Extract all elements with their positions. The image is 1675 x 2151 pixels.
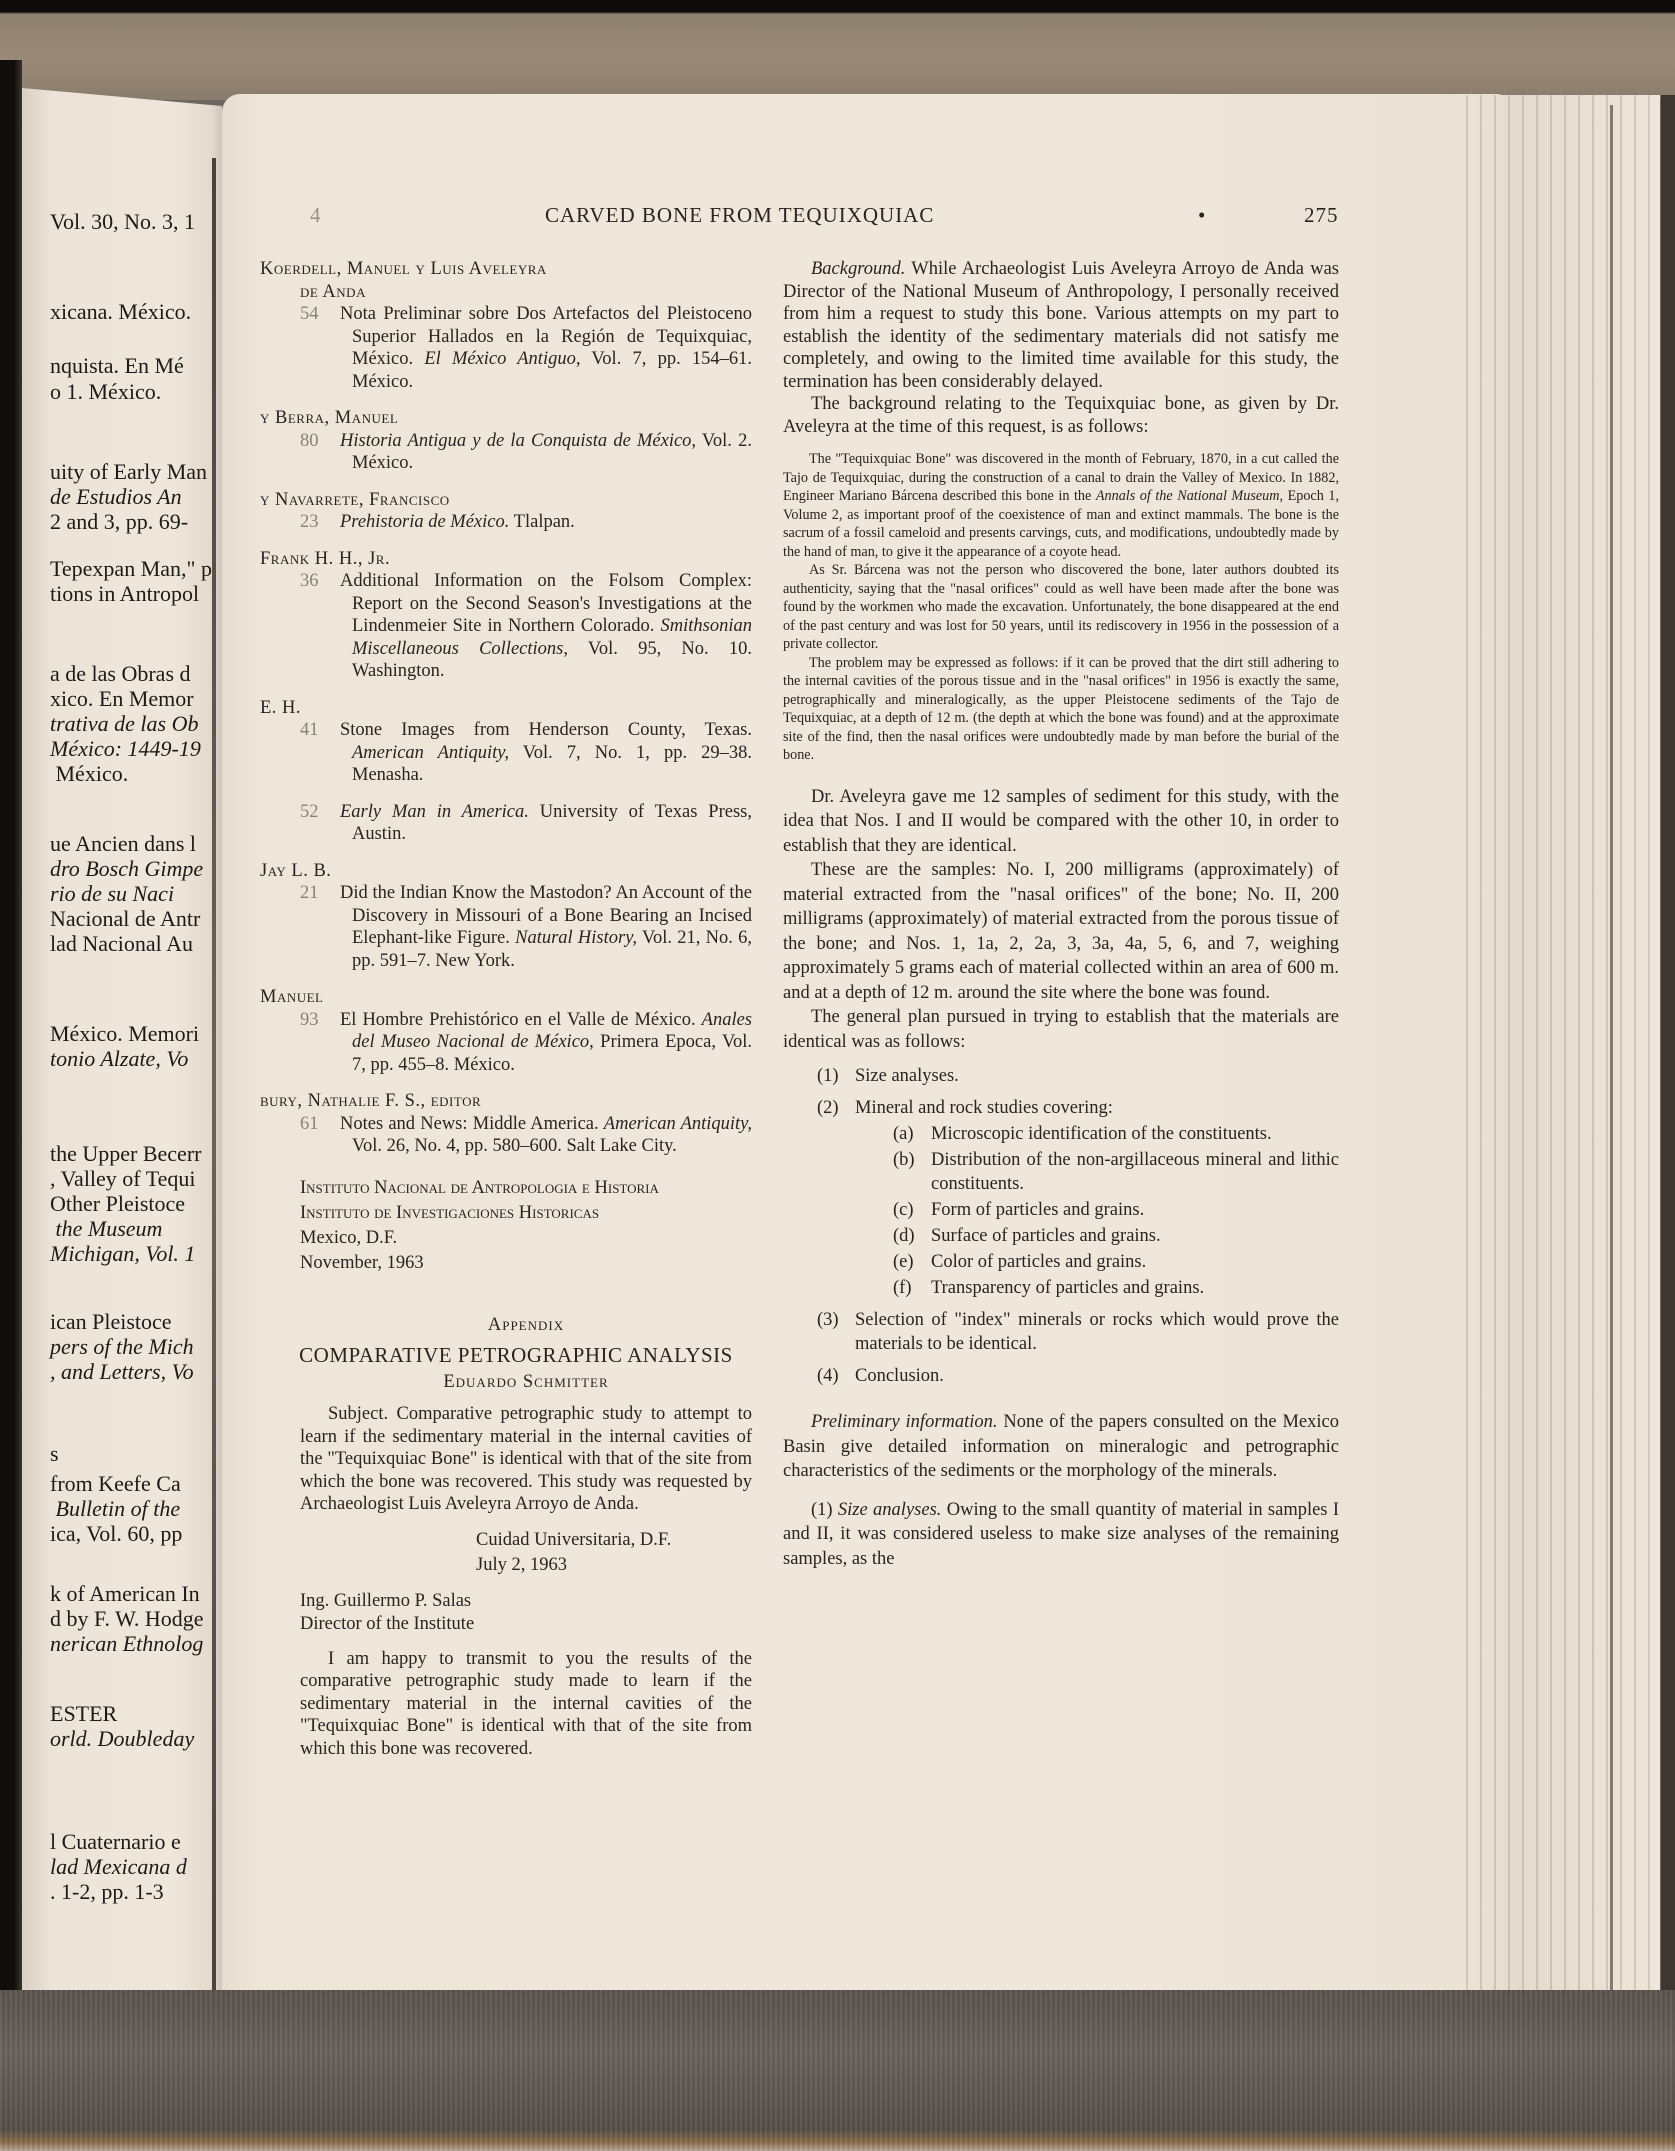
left-page-fragment: from Keefe Ca xyxy=(50,1470,181,1497)
plan-item: (4)Conclusion. xyxy=(817,1364,1339,1388)
left-page-fragment: d by F. W. Hodge xyxy=(50,1605,203,1632)
left-facing-page: Vol. 30, No. 3, 1xicana. México.nquista.… xyxy=(22,88,222,2048)
left-page-fragment: Tepexpan Man," p xyxy=(50,555,212,582)
plan-subitem: (b)Distribution of the non-argillaceous … xyxy=(893,1148,1339,1196)
left-page-fragment: tions in Antropol xyxy=(50,580,199,607)
plan-intro: The general plan pursued in trying to es… xyxy=(783,1005,1339,1054)
reference-author: y Berra, Manuel xyxy=(260,407,752,430)
reference-citation: 36Additional Information on the Folsom C… xyxy=(340,570,752,683)
reference-citation: 80Historia Antigua y de la Conquista de … xyxy=(340,430,752,475)
reference-entry: Manuel93El Hombre Prehistórico en el Val… xyxy=(300,986,752,1076)
left-page-fragment: nquista. En Mé xyxy=(50,352,184,379)
plan-subitem: (f)Transparency of particles and grains. xyxy=(893,1276,1339,1300)
reference-author: y Navarrete, Francisco xyxy=(260,489,752,512)
quote-paragraph-3: The problem may be expressed as follows:… xyxy=(783,654,1339,765)
reference-entry: Koerdell, Manuel y Luis Aveleyrade Anda5… xyxy=(300,258,752,393)
left-page-fragment: lad Mexicana d xyxy=(50,1853,187,1880)
letter-body: I am happy to transmit to you the result… xyxy=(300,1648,752,1761)
left-page-fragment: ESTER xyxy=(50,1700,117,1727)
plan-item: (3)Selection of "index" minerals or rock… xyxy=(817,1308,1339,1356)
reference-author: Frank H. H., Jr. xyxy=(260,548,752,571)
left-page-fragment: nerican Ethnolog xyxy=(50,1630,203,1657)
left-page-fragment: México. xyxy=(50,760,128,787)
reference-citation: 54Nota Preliminar sobre Dos Artefactos d… xyxy=(340,303,752,393)
left-page-fragment: ue Ancien dans l xyxy=(50,830,196,857)
size-label: Size analyses. xyxy=(838,1500,941,1520)
analysis-plan-list: (1)Size analyses.(2)Mineral and rock stu… xyxy=(783,1064,1339,1388)
left-page-fragment: México. Memori xyxy=(50,1020,199,1047)
reference-author: Koerdell, Manuel y Luis Aveleyrade Anda xyxy=(260,258,752,303)
letter-date: July 2, 1963 xyxy=(476,1553,752,1578)
reference-citation: 93El Hombre Prehistórico en el Valle de … xyxy=(340,1009,752,1077)
plan-subitem: (c)Form of particles and grains. xyxy=(893,1198,1339,1222)
reference-year: 61 xyxy=(300,1113,340,1136)
reference-entry: E. H.41Stone Images from Henderson Count… xyxy=(300,697,752,787)
appendix-author: Eduardo Schmitter xyxy=(300,1371,752,1394)
author-affiliation: Instituto Nacional de Antropologia e His… xyxy=(300,1176,752,1276)
reference-entry: 52Early Man in America. University of Te… xyxy=(300,801,752,846)
left-page-fragment: ica, Vol. 60, pp xyxy=(50,1520,182,1547)
book-gutter xyxy=(212,158,216,2038)
left-page-fragment: xico. En Memor xyxy=(50,685,194,712)
left-page-fragment: l Cuaternario e xyxy=(50,1828,181,1855)
reference-year: 52 xyxy=(300,801,340,824)
reference-citation: 21Did the Indian Know the Mastodon? An A… xyxy=(340,882,752,972)
addressee-title: Director of the Institute xyxy=(300,1613,752,1636)
left-page-fragment: rio de su Naci xyxy=(50,880,174,907)
plan-subitem: (a)Microscopic identification of the con… xyxy=(893,1122,1339,1146)
letter-dateline: Cuidad Universitaria, D.F. July 2, 1963 xyxy=(300,1528,752,1578)
references-list: Koerdell, Manuel y Luis Aveleyrade Anda5… xyxy=(300,258,752,1158)
reference-citation: 23Prehistoria de México. Tlalpan. xyxy=(340,511,752,534)
size-number: (1) xyxy=(811,1500,838,1520)
scanner-background-top xyxy=(0,0,1675,100)
subject-label: Subject. xyxy=(328,1404,388,1424)
reference-year: 93 xyxy=(300,1009,340,1032)
appendix-label: Appendix xyxy=(300,1314,752,1337)
affiliation-city: Mexico, D.F. xyxy=(300,1226,752,1251)
left-page-fragment: Other Pleistoce xyxy=(50,1190,185,1217)
left-page-fragment: 2 and 3, pp. 69- xyxy=(50,508,188,535)
left-page-fragment: s xyxy=(50,1440,59,1467)
left-page-fragment: , and Letters, Vo xyxy=(50,1358,194,1385)
background-paragraph: Background. While Archaeologist Luis Ave… xyxy=(783,258,1339,393)
scanner-background-right xyxy=(1661,95,1675,1995)
scanner-background-left xyxy=(0,60,22,2151)
left-page-fragment: trativa de las Ob xyxy=(50,710,199,737)
quote-italic: Annals of the National Museum, xyxy=(1096,488,1283,504)
plan-subitem: (d)Surface of particles and grains. xyxy=(893,1224,1339,1248)
reference-author: Jay L. B. xyxy=(260,860,752,883)
plan-subitem: (e)Color of particles and grains. xyxy=(893,1250,1339,1274)
reference-author: Manuel xyxy=(260,986,752,1009)
left-page-fragment: orld. Doubleday xyxy=(50,1725,194,1752)
left-page-fragment: the Museum xyxy=(50,1215,162,1242)
left-page-fragment: Bulletin of the xyxy=(50,1495,180,1522)
background-paragraph-2: The background relating to the Tequixqui… xyxy=(783,393,1339,438)
appendix-title: COMPARATIVE PETROGRAPHIC ANALYSIS xyxy=(280,1344,752,1367)
letter-addressee: Ing. Guillermo P. Salas Director of the … xyxy=(300,1590,752,1636)
appendix-subject: Subject. Comparative petrographic study … xyxy=(300,1403,752,1516)
left-page-fragment: xicana. México. xyxy=(50,298,191,325)
left-page-fragment: the Upper Becerr xyxy=(50,1140,201,1167)
left-page-fragment: pers of the Mich xyxy=(50,1333,194,1360)
reference-author: bury, Nathalie F. S., editor xyxy=(260,1090,752,1113)
scanner-background-bottom xyxy=(0,1990,1675,2151)
preliminary-label: Preliminary information. xyxy=(811,1412,998,1432)
addressee-name: Ing. Guillermo P. Salas xyxy=(300,1590,752,1613)
article-title: CARVED BONE FROM TEQUIXQUIAC xyxy=(545,203,934,227)
samples-paragraph-2: These are the samples: No. I, 200 millig… xyxy=(783,858,1339,1005)
reference-citation: 52Early Man in America. University of Te… xyxy=(340,801,752,846)
size-analyses-paragraph: (1) Size analyses. Owing to the small qu… xyxy=(783,1498,1339,1572)
left-page-fragment: , Valley of Tequi xyxy=(50,1165,196,1192)
right-page-edge xyxy=(1460,95,1660,2045)
affiliation-institute-2: Instituto de Investigaciones Historicas xyxy=(300,1201,752,1226)
left-page-fragment: o 1. México. xyxy=(50,378,161,405)
plan-item: (2)Mineral and rock studies covering:(a)… xyxy=(817,1096,1339,1300)
reference-year: 21 xyxy=(300,882,340,905)
left-page-fragment: lad Nacional Au xyxy=(50,930,193,957)
reference-citation: 61Notes and News: Middle America. Americ… xyxy=(340,1113,752,1158)
quote-paragraph-1: The "Tequixquiac Bone" was discovered in… xyxy=(783,450,1339,561)
left-page-fragment: uity of Early Man xyxy=(50,458,207,485)
running-head-title: CARVED BONE FROM TEQUIXQUIAC xyxy=(545,203,934,228)
preliminary-paragraph: Preliminary information. None of the pap… xyxy=(783,1410,1339,1484)
bullet: • xyxy=(1198,203,1206,228)
left-page-fragment: k of American In xyxy=(50,1580,200,1607)
left-page-fragment: México: 1449-19 xyxy=(50,735,201,762)
reference-entry: Frank H. H., Jr.36Additional Information… xyxy=(300,548,752,683)
reference-year: 23 xyxy=(300,511,340,534)
quote-paragraph-2: As Sr. Bárcena was not the person who di… xyxy=(783,561,1339,654)
left-page-fragment: . 1-2, pp. 1-3 xyxy=(50,1878,164,1905)
background-label: Background. xyxy=(811,259,905,279)
reference-citation: 41Stone Images from Henderson County, Te… xyxy=(340,719,752,787)
block-quote: The "Tequixquiac Bone" was discovered in… xyxy=(783,450,1339,765)
reference-author: E. H. xyxy=(260,697,752,720)
left-page-fragment: tonio Alzate, Vo xyxy=(50,1045,188,1072)
reference-year: 80 xyxy=(300,430,340,453)
left-page-fragment: Michigan, Vol. 1 xyxy=(50,1240,195,1267)
reference-year: 36 xyxy=(300,570,340,593)
reference-entry: bury, Nathalie F. S., editor61Notes and … xyxy=(300,1090,752,1158)
reference-year: 54 xyxy=(300,303,340,326)
reference-year: 41 xyxy=(300,719,340,742)
plan-item: (1)Size analyses. xyxy=(817,1064,1339,1088)
left-page-fragment: dro Bosch Gimpe xyxy=(50,855,203,882)
reference-entry: y Berra, Manuel80Historia Antigua y de l… xyxy=(300,407,752,475)
running-head-left-fragment: 4 xyxy=(310,203,322,228)
reference-entry: y Navarrete, Francisco23Prehistoria de M… xyxy=(300,489,752,534)
right-column: Background. While Archaeologist Luis Ave… xyxy=(783,258,1339,1571)
left-page-fragment: Nacional de Antr xyxy=(50,905,200,932)
left-page-fragment: a de las Obras d xyxy=(50,660,191,687)
left-page-fragment: ican Pleistoce xyxy=(50,1308,172,1335)
samples-paragraph-1: Dr. Aveleyra gave me 12 samples of sedim… xyxy=(783,785,1339,859)
left-page-fragment: de Estudios An xyxy=(50,483,182,510)
affiliation-date: November, 1963 xyxy=(300,1251,752,1276)
letter-place: Cuidad Universitaria, D.F. xyxy=(476,1528,752,1553)
left-page-running-head: Vol. 30, No. 3, 1 xyxy=(50,208,195,235)
reference-entry: Jay L. B.21Did the Indian Know the Masto… xyxy=(300,860,752,973)
left-column: Koerdell, Manuel y Luis Aveleyrade Anda5… xyxy=(300,258,752,1760)
affiliation-institute-1: Instituto Nacional de Antropologia e His… xyxy=(300,1176,752,1201)
page-edge-shadow xyxy=(1610,105,1613,2005)
page-number: 275 xyxy=(1304,203,1339,228)
